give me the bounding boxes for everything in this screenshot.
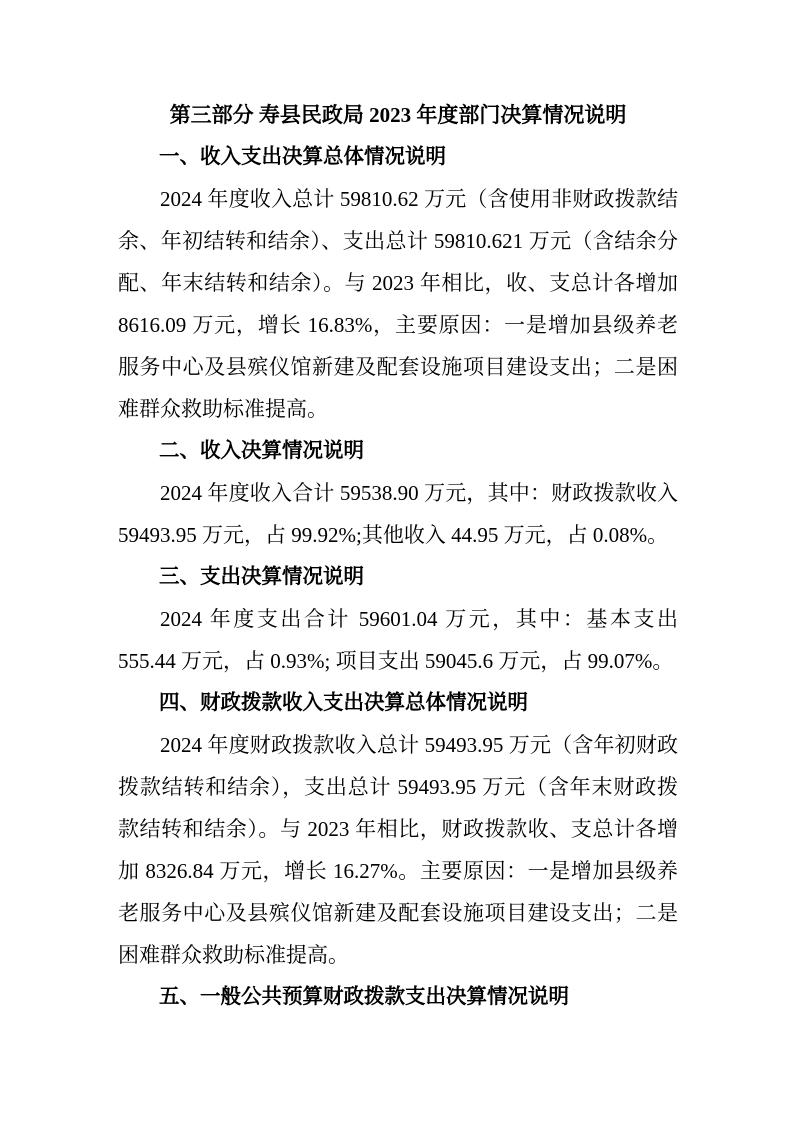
section-heading-4: 四、财政拨款收入支出决算总体情况说明 bbox=[118, 682, 678, 724]
section-heading-2: 二、收入决算情况说明 bbox=[118, 430, 678, 472]
section-heading-5: 五、一般公共预算财政拨款支出决算情况说明 bbox=[118, 976, 678, 1018]
section-4-paragraph: 2024 年度财政拨款收入总计 59493.95 万元（含年初财政拨款结转和结余… bbox=[118, 724, 678, 976]
document-page: 第三部分 寿县民政局 2023 年度部门决算情况说明 一、收入支出决算总体情况说… bbox=[0, 0, 793, 1122]
section-1-paragraph: 2024 年度收入总计 59810.62 万元（含使用非财政拨款结余、年初结转和… bbox=[118, 178, 678, 430]
section-3-paragraph: 2024 年度支出合计 59601.04 万元，其中：基本支出 555.44 万… bbox=[118, 598, 678, 682]
section-heading-1: 一、收入支出决算总体情况说明 bbox=[118, 136, 678, 178]
document-title: 第三部分 寿县民政局 2023 年度部门决算情况说明 bbox=[118, 94, 678, 136]
section-2-paragraph: 2024 年度收入合计 59538.90 万元，其中：财政拨款收入 59493.… bbox=[118, 472, 678, 556]
section-heading-3: 三、支出决算情况说明 bbox=[118, 556, 678, 598]
